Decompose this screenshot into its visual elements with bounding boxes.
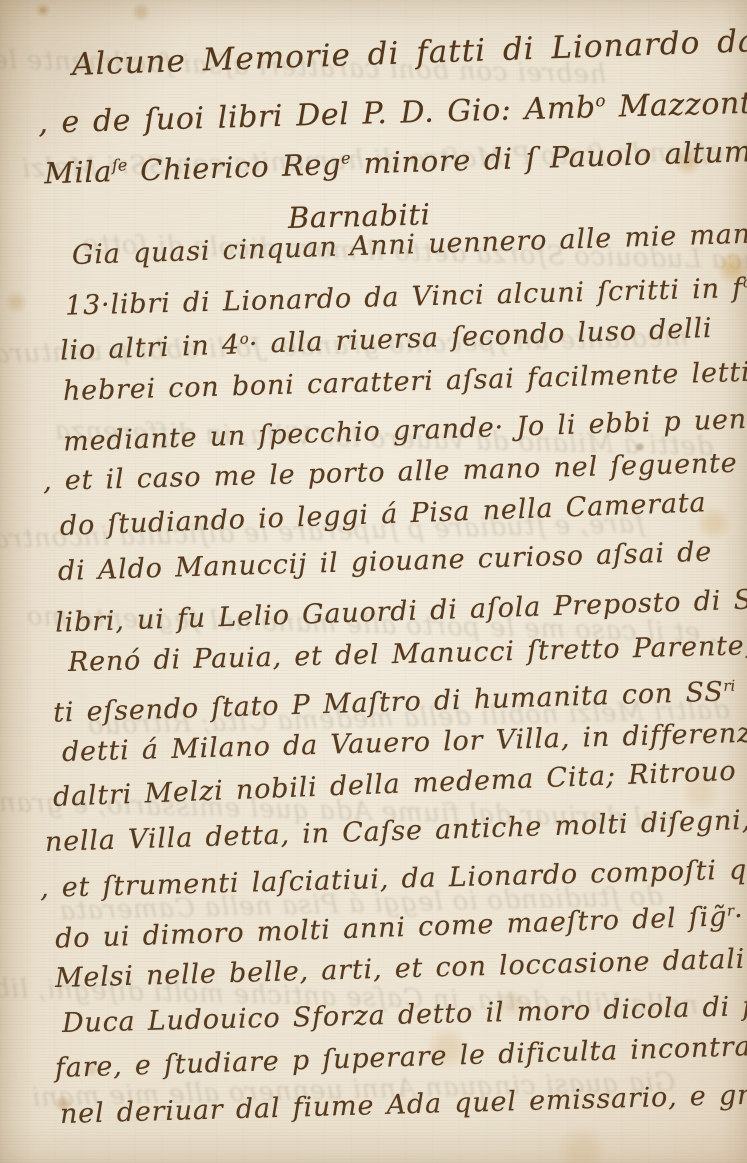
- manuscript-content: Alcune Memorie di fatti di Lionardo da V…: [0, 0, 747, 1163]
- body-block: Gia quasi cinquan Anni uennero alle mie …: [58, 233, 747, 1137]
- title-block: Alcune Memorie di fatti di Lionardo da V…: [0, 40, 747, 244]
- manuscript-page: hebrei con boni caratteri aſsai facilmen…: [0, 0, 747, 1163]
